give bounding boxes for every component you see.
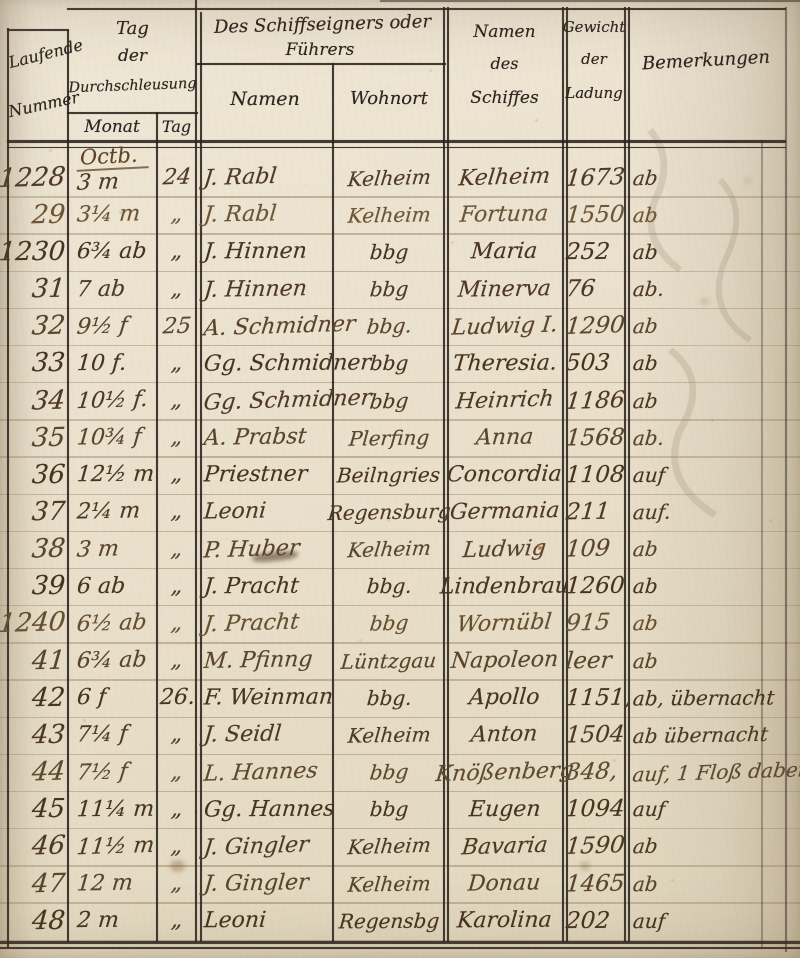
- cell-schiffsname: Lindenbrau: [445, 574, 564, 599]
- cell-gewicht: 1151,: [564, 685, 626, 711]
- table-row: 38 3 m „ P. Huber Kelheim Ludwig 109 ab: [8, 531, 786, 568]
- cell-schiffsname: Kelheim: [445, 165, 564, 190]
- header-tag: Tag: [68, 18, 197, 39]
- cell-wohnort: Kelheim: [333, 872, 445, 896]
- cell-gewicht: 1094: [564, 796, 626, 822]
- cell-eigner-name: A. Prabst: [197, 425, 333, 450]
- cell-schiffsname: Apollo: [445, 685, 564, 710]
- cell-tag: „: [157, 574, 197, 599]
- cell-monat-zeit: 2¼ m: [68, 499, 157, 524]
- cell-bemerkung: auf: [626, 463, 786, 487]
- cell-gewicht: 1673: [564, 165, 626, 191]
- table-row: 34 10½ f. „ Gg. Schmidner bbg Heinrich 1…: [8, 382, 786, 419]
- cell-laufende-nummer: 42: [8, 683, 68, 713]
- month-label: Octb.: [75, 142, 148, 172]
- cell-laufende-nummer: 35: [8, 423, 68, 453]
- cell-schiffsname: Bavaria: [445, 834, 564, 859]
- cell-tag: „: [157, 648, 197, 673]
- cell-wohnort: bbg.: [333, 574, 445, 598]
- cell-bemerkung: auf, 1 Floß dabei: [626, 760, 786, 784]
- table-row: 44 7½ f „ L. Hannes bbg Knößenberg 348, …: [8, 754, 786, 791]
- cell-schiffsname: Knößenberg: [445, 760, 564, 785]
- table-bottom-line: [0, 947, 800, 949]
- cell-tag: „: [157, 462, 197, 487]
- cell-schiffsname: Maria: [445, 239, 564, 264]
- cell-gewicht: leer: [564, 648, 626, 674]
- cell-schiffsname: Ludwig: [445, 537, 564, 562]
- cell-monat-zeit: 7½ f: [68, 760, 157, 785]
- cell-tag: 24: [157, 165, 197, 190]
- cell-wohnort: bbg: [333, 277, 445, 301]
- cell-laufende-nummer: 44: [8, 757, 68, 787]
- header-fuehrers: Führers: [240, 40, 400, 60]
- table-border-top: [380, 0, 800, 2]
- cell-tag: „: [157, 760, 197, 785]
- cell-bemerkung: ab: [626, 872, 786, 896]
- cell-tag: „: [157, 351, 197, 376]
- cell-laufende-nummer: 43: [8, 720, 68, 750]
- table-row: 31 7 ab „ J. Hinnen bbg Minerva 76 ab.: [8, 270, 786, 307]
- cell-tag: „: [157, 871, 197, 896]
- cell-wohnort: Kelheim: [333, 723, 445, 747]
- table-border-horizontal: [67, 112, 198, 114]
- cell-gewicht: 76: [564, 276, 626, 302]
- table-row: 37 2¼ m „ Leoni Regensburg Germania 211 …: [8, 493, 786, 530]
- cell-monat-zeit: 6¾ ab: [68, 648, 157, 673]
- cell-schiffsname: Theresia.: [445, 351, 564, 376]
- cell-gewicht: 211: [564, 499, 626, 525]
- header-schiff-namen: Namen: [445, 22, 564, 42]
- cell-eigner-name: J. Pracht: [197, 574, 333, 599]
- table-border-horizontal: [196, 63, 446, 65]
- cell-monat-zeit: 6 f: [68, 685, 157, 710]
- cell-eigner-name: A. Schmidner: [197, 314, 333, 339]
- cell-tag: „: [157, 722, 197, 747]
- cell-schiffsname: Donau: [445, 871, 564, 896]
- cell-wohnort: bbg: [333, 760, 445, 784]
- cell-wohnort: bbg: [333, 797, 445, 821]
- cell-tag: „: [157, 388, 197, 413]
- cell-tag: „: [157, 425, 197, 450]
- cell-gewicht: 1568: [564, 425, 626, 451]
- cell-eigner-name: Leoni: [197, 908, 333, 933]
- table-row: 35 10¾ f „ A. Prabst Plerfing Anna 1568 …: [8, 419, 786, 456]
- cell-tag: „: [157, 834, 197, 859]
- cell-bemerkung: auf: [626, 797, 786, 821]
- cell-laufende-nummer: 31: [8, 274, 68, 304]
- cell-eigner-name: J. Pracht: [197, 611, 333, 636]
- paper-speckles: [0, 0, 1, 1]
- ledger-page: Laufende Nummer Tag der Durchschleusung …: [0, 0, 800, 958]
- cell-eigner-name: Gg. Schmidner: [197, 388, 333, 413]
- cell-laufende-nummer: 34: [8, 386, 68, 416]
- cell-wohnort: Plerfing: [333, 426, 445, 450]
- cell-tag: „: [157, 908, 197, 933]
- cell-monat-zeit: 10¾ f: [68, 425, 157, 450]
- cell-laufende-nummer: 47: [8, 869, 68, 899]
- cell-eigner-name: P. Huber: [197, 537, 333, 562]
- cell-laufende-nummer: 41: [8, 646, 68, 676]
- cell-eigner-name: J. Hinnen: [197, 277, 333, 302]
- cell-monat-zeit: 6 ab: [68, 574, 157, 599]
- cell-monat-zeit: 6¾ ab: [68, 239, 157, 264]
- cell-tag: 25: [157, 314, 197, 339]
- cell-bemerkung: ab.: [626, 277, 786, 301]
- cell-laufende-nummer: 48: [8, 906, 68, 936]
- cell-eigner-name: J. Rabl: [197, 165, 333, 190]
- cell-tag: „: [157, 499, 197, 524]
- cell-wohnort: Regensbg: [333, 909, 445, 933]
- cell-wohnort: Kelheim: [333, 203, 445, 227]
- header-schiff-schiffes: Schiffes: [445, 88, 564, 108]
- table-border-horizontal: [7, 29, 69, 31]
- cell-gewicht: 1290: [564, 313, 626, 339]
- header-tag-sub: Tag: [156, 117, 197, 136]
- header-gewicht-der: der: [562, 50, 626, 68]
- cell-monat-zeit: 10 f.: [68, 351, 157, 376]
- cell-laufende-nummer: 46: [8, 831, 68, 861]
- cell-eigner-name: J. Seidl: [197, 722, 333, 747]
- cell-wohnort: Beilngries: [333, 463, 445, 487]
- cell-gewicht: 348,: [564, 759, 626, 785]
- cell-bemerkung: ab: [626, 537, 786, 561]
- table-row: 43 7¼ f „ J. Seidl Kelheim Anton 1504 ab…: [8, 716, 786, 753]
- cell-laufende-nummer: 29: [8, 200, 68, 230]
- cell-eigner-name: J. Hinnen: [197, 239, 333, 264]
- cell-tag: „: [157, 611, 197, 636]
- header-namen: Namen: [197, 88, 333, 110]
- cell-schiffsname: Wornübl: [445, 611, 564, 636]
- cell-bemerkung: auf.: [626, 500, 786, 524]
- cell-tag: „: [157, 239, 197, 264]
- cell-gewicht: 1260: [564, 573, 626, 599]
- table-row: 29 3¼ m „ J. Rabl Kelheim Fortuna 1550 a…: [8, 196, 786, 233]
- cell-laufende-nummer: 1240: [8, 608, 68, 638]
- cell-tag: 26.: [157, 685, 197, 710]
- cell-gewicht: 1186: [564, 388, 626, 414]
- cell-eigner-name: L. Hannes: [197, 760, 333, 785]
- cell-gewicht: 1504: [564, 722, 626, 748]
- cell-bemerkung: ab übernacht: [626, 723, 786, 747]
- header-ladung: Ladung: [562, 84, 626, 102]
- table-row: 36 12½ m „ Priestner Beilngries Concordi…: [8, 456, 786, 493]
- header-bottom-line: [7, 140, 786, 143]
- cell-bemerkung: ab: [626, 834, 786, 858]
- cell-eigner-name: Priestner: [197, 462, 333, 487]
- cell-laufende-nummer: 36: [8, 460, 68, 490]
- cell-laufende-nummer: 1228: [8, 163, 68, 193]
- table-row: 46 11½ m „ J. Gingler Kelheim Bavaria 15…: [8, 828, 786, 865]
- cell-gewicht: 109: [564, 536, 626, 562]
- cell-schiffsname: Napoleon: [445, 648, 564, 673]
- cell-monat-zeit: 3¼ m: [68, 202, 157, 227]
- cell-monat-zeit: 10½ f.: [68, 388, 157, 413]
- cell-laufende-nummer: 37: [8, 497, 68, 527]
- cell-schiffsname: Heinrich: [445, 388, 564, 413]
- cell-laufende-nummer: 33: [8, 348, 68, 378]
- cell-bemerkung: ab.: [626, 426, 786, 450]
- cell-bemerkung: ab: [626, 351, 786, 375]
- table-row: 41 6¾ ab „ M. Pfinng Lüntzgau Napoleon l…: [8, 642, 786, 679]
- cell-monat-zeit: 9½ f: [68, 314, 157, 339]
- header-monat: Monat: [68, 117, 156, 137]
- cell-bemerkung: ab: [626, 649, 786, 673]
- cell-gewicht: 1590: [564, 833, 626, 859]
- header-gewicht: Gewicht: [562, 18, 626, 36]
- table-row: 32 9½ f 25 A. Schmidner bbg. Ludwig I. 1…: [8, 308, 786, 345]
- cell-monat-zeit: 12½ m: [68, 462, 157, 487]
- cell-monat-zeit: 7 ab: [68, 277, 157, 302]
- header-schiff-des: des: [445, 54, 564, 73]
- cell-wohnort: Kelheim: [333, 166, 445, 190]
- cell-bemerkung: ab: [626, 611, 786, 635]
- cell-gewicht: 915: [564, 610, 626, 636]
- cell-eigner-name: J. Rabl: [197, 202, 333, 227]
- cell-schiffsname: Minerva: [445, 277, 564, 302]
- table-bottom-line: [0, 941, 800, 944]
- ledger-rows: 1228 3 m 24 J. Rabl Kelheim Kelheim 1673…: [8, 159, 786, 939]
- cell-monat-zeit: 12 m: [68, 871, 157, 896]
- table-row: 48 2 m „ Leoni Regensbg Karolina 202 auf: [8, 902, 786, 939]
- cell-monat-zeit: 3 m: [68, 537, 157, 562]
- table-row: 1230 6¾ ab „ J. Hinnen bbg Maria 252 ab: [8, 233, 786, 270]
- cell-gewicht: 1465: [564, 871, 626, 897]
- cell-laufende-nummer: 45: [8, 794, 68, 824]
- table-border-top: [67, 8, 786, 10]
- header-wohnort: Wohnort: [333, 88, 445, 109]
- cell-eigner-name: F. Weinman: [197, 685, 333, 710]
- cell-gewicht: 503: [564, 350, 626, 376]
- cell-schiffsname: Ludwig I.: [445, 314, 564, 339]
- cell-monat-zeit: 11¼ m: [68, 797, 157, 822]
- cell-eigner-name: Gg. Hannes: [197, 797, 333, 822]
- cell-eigner-name: M. Pfinng: [197, 648, 333, 673]
- cell-laufende-nummer: 1230: [8, 237, 68, 267]
- cell-bemerkung: ab: [626, 389, 786, 413]
- cell-wohnort: Kelheim: [333, 834, 445, 858]
- cell-schiffsname: Karolina: [445, 908, 564, 933]
- cell-laufende-nummer: 32: [8, 311, 68, 341]
- cell-monat-zeit: 7¼ f: [68, 722, 157, 747]
- cell-bemerkung: ab: [626, 203, 786, 227]
- cell-bemerkung: ab: [626, 314, 786, 338]
- cell-laufende-nummer: 39: [8, 571, 68, 601]
- cell-tag: „: [157, 202, 197, 227]
- cell-tag: „: [157, 277, 197, 302]
- header-der: der: [68, 46, 197, 66]
- cell-wohnort: bbg: [333, 240, 445, 264]
- cell-schiffsname: Anton: [445, 722, 564, 747]
- table-row: 33 10 f. „ Gg. Schmidner bbg Theresia. 5…: [8, 345, 786, 382]
- cell-wohnort: Lüntzgau: [333, 649, 445, 673]
- cell-bemerkung: ab: [626, 574, 786, 598]
- cell-gewicht: 1550: [564, 202, 626, 228]
- cell-laufende-nummer: 38: [8, 534, 68, 564]
- cell-gewicht: 1108: [564, 462, 626, 488]
- cell-monat-zeit: 2 m: [68, 908, 157, 933]
- cell-schiffsname: Germania: [445, 499, 564, 524]
- table-row: 1240 6½ ab „ J. Pracht bbg Wornübl 915 a…: [8, 605, 786, 642]
- table-row: 47 12 m „ J. Gingler Kelheim Donau 1465 …: [8, 865, 786, 902]
- cell-bemerkung: ab: [626, 240, 786, 264]
- cell-gewicht: 252: [564, 239, 626, 265]
- cell-bemerkung: ab, übernacht: [626, 686, 786, 710]
- table-row: 42 6 f 26. F. Weinman bbg. Apollo 1151, …: [8, 679, 786, 716]
- cell-eigner-name: J. Gingler: [197, 871, 333, 896]
- cell-wohnort: bbg: [333, 611, 445, 635]
- cell-schiffsname: Fortuna: [445, 202, 564, 227]
- cell-tag: „: [157, 797, 197, 822]
- cell-wohnort: bbg.: [333, 686, 445, 710]
- cell-schiffsname: Concordia: [445, 462, 564, 487]
- cell-eigner-name: Gg. Schmidner: [197, 351, 333, 376]
- table-row: 39 6 ab „ J. Pracht bbg. Lindenbrau 1260…: [8, 568, 786, 605]
- table-row: 45 11¼ m „ Gg. Hannes bbg Eugen 1094 auf: [8, 791, 786, 828]
- cell-gewicht: 202: [564, 908, 626, 934]
- cell-wohnort: Kelheim: [333, 537, 445, 561]
- cell-monat-zeit: 11½ m: [68, 834, 157, 859]
- cell-bemerkung: auf: [626, 909, 786, 933]
- cell-tag: „: [157, 537, 197, 562]
- cell-wohnort: Regensburg: [333, 500, 445, 524]
- cell-monat-zeit: 6½ ab: [68, 611, 157, 636]
- cell-schiffsname: Eugen: [445, 797, 564, 822]
- cell-schiffsname: Anna: [445, 425, 564, 450]
- cell-eigner-name: J. Gingler: [197, 834, 333, 859]
- cell-eigner-name: Leoni: [197, 499, 333, 524]
- cell-bemerkung: ab: [626, 166, 786, 190]
